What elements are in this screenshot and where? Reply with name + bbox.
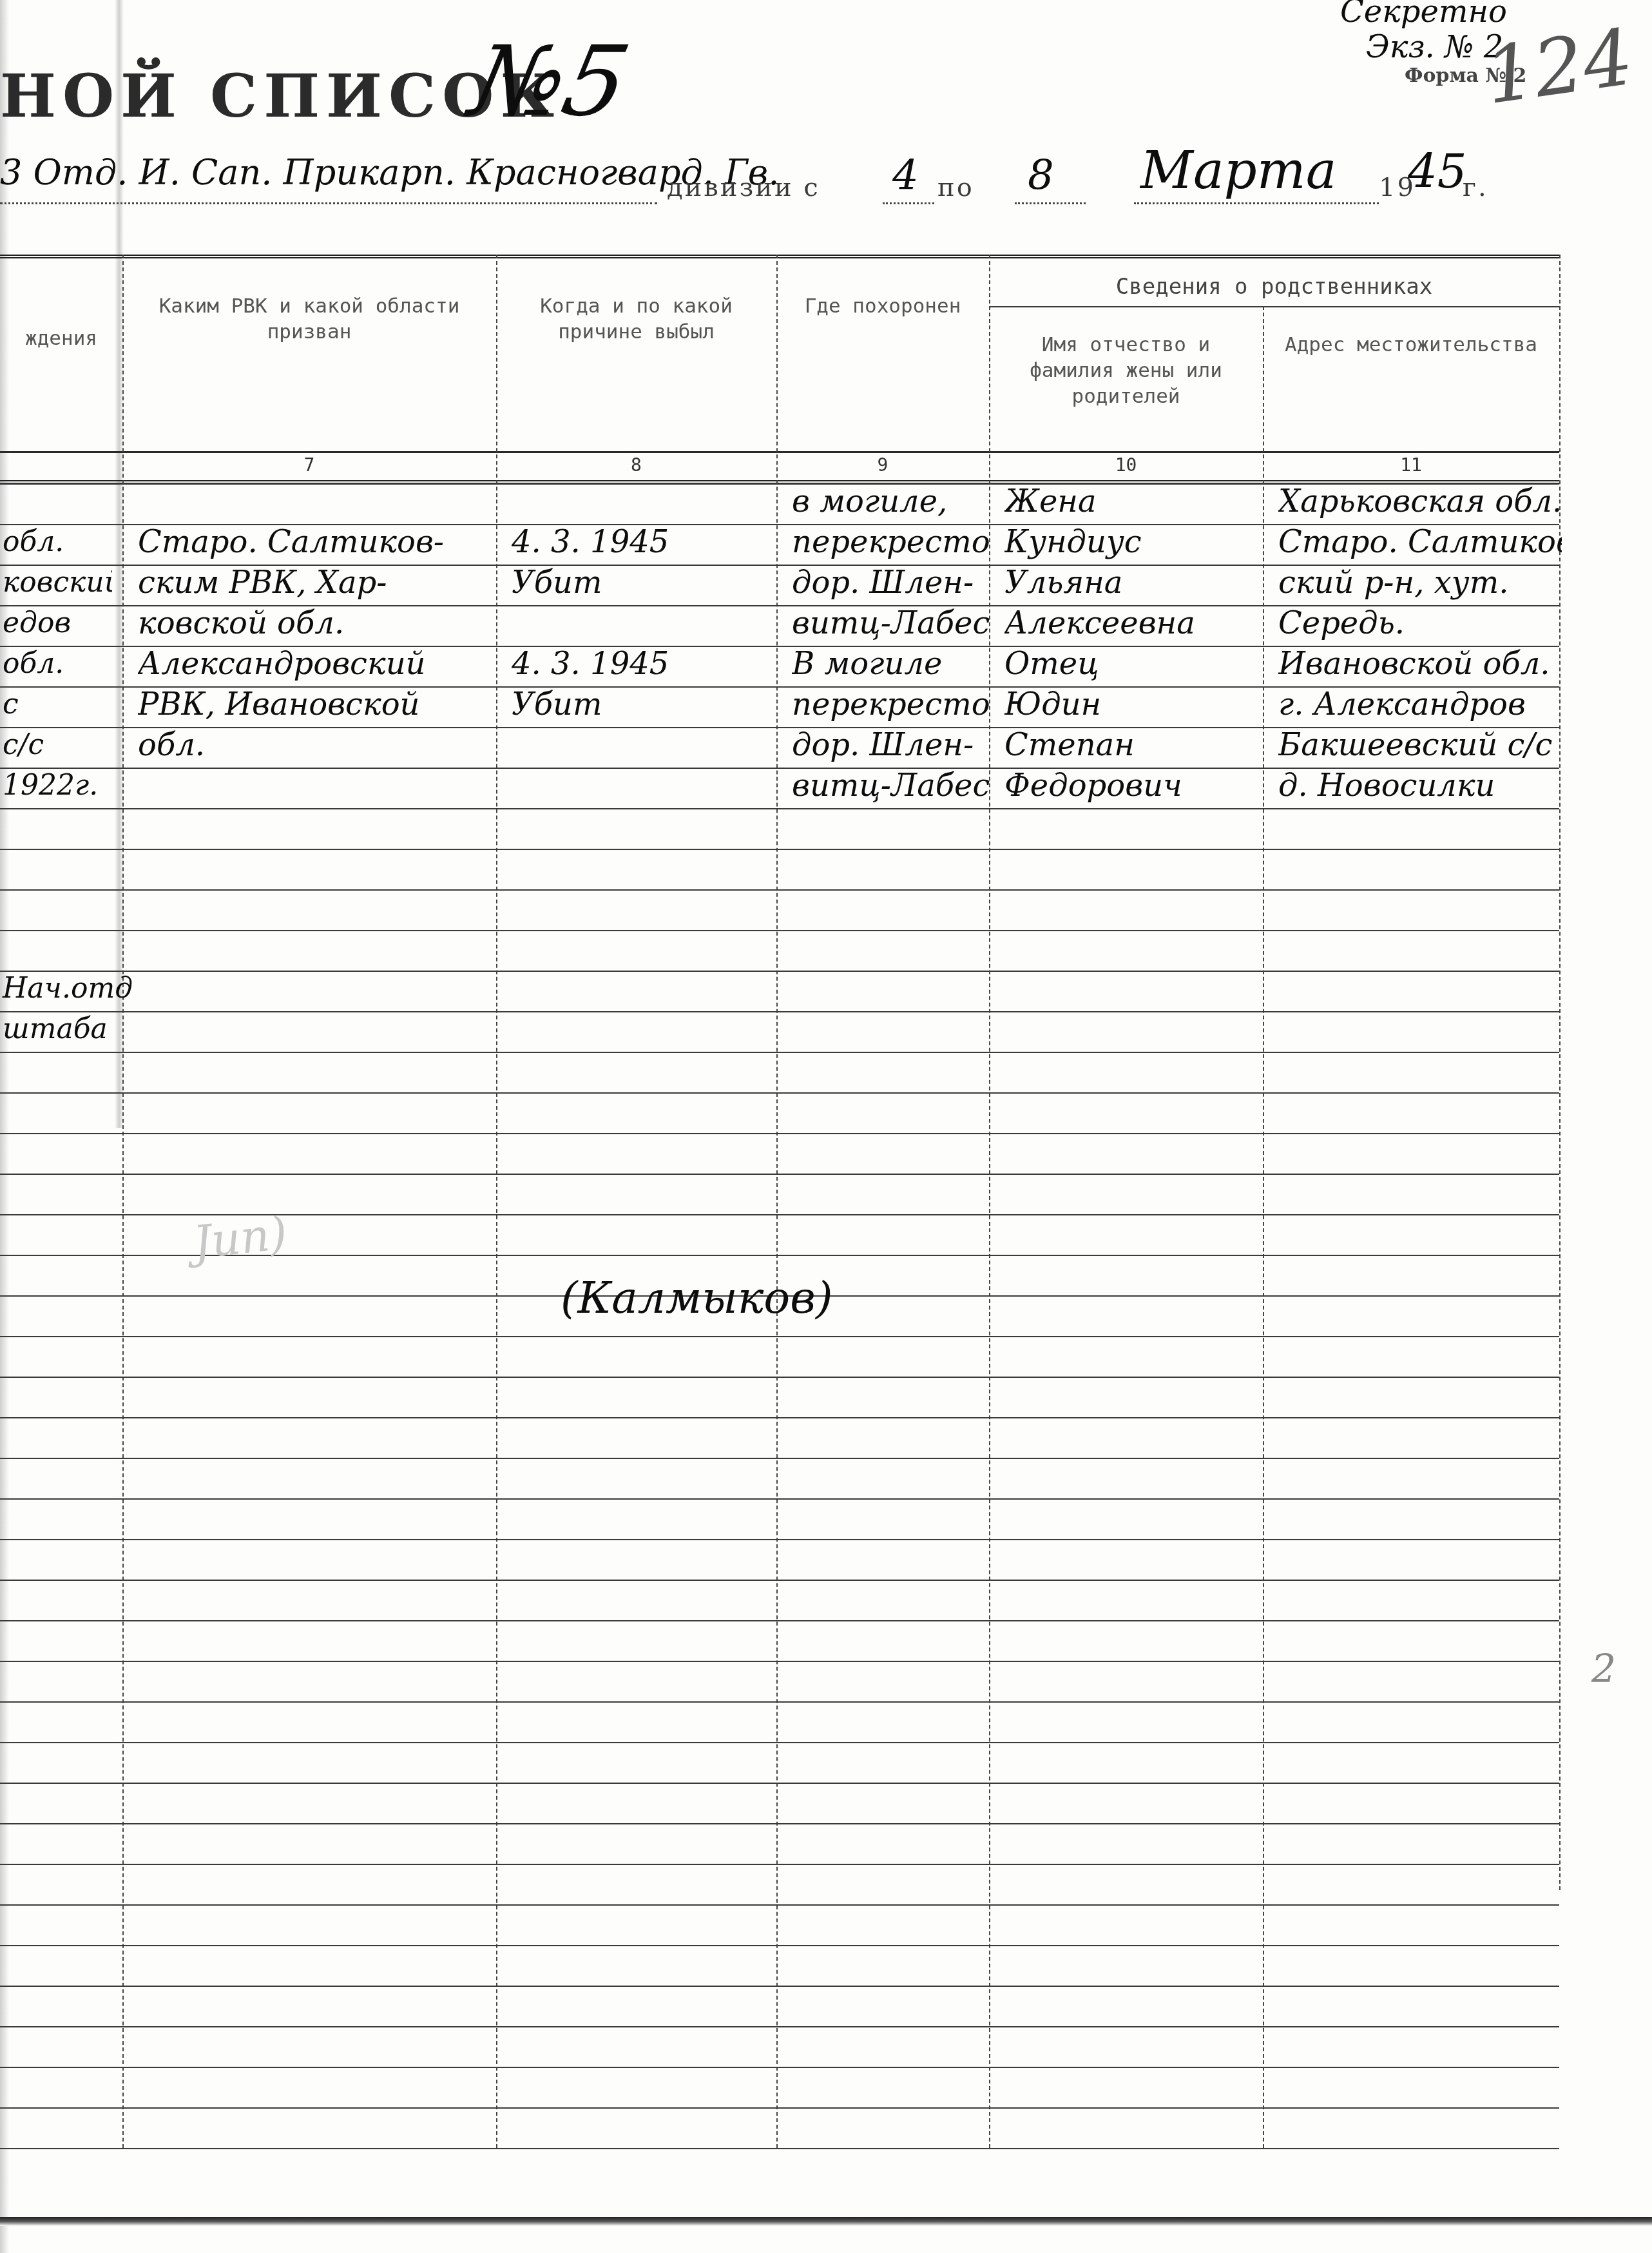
column-header: Каким РВК и какой области призван <box>122 293 496 345</box>
record-cell: перекресток <box>792 523 992 561</box>
row-line <box>0 1011 1559 1012</box>
row-line <box>0 1580 1559 1581</box>
column-number: 11 <box>1263 454 1559 476</box>
relatives-group-border <box>989 306 1559 307</box>
record-cell: витц-Лабес <box>792 766 990 805</box>
record-cell: ковский <box>3 563 112 602</box>
record-cell: едов <box>3 604 71 643</box>
row-line <box>0 2107 1559 2109</box>
row-line <box>0 1701 1559 1703</box>
record-cell: Жена <box>1004 482 1097 521</box>
column-divider <box>1263 306 1264 2148</box>
document-page: НОЙ СПИСОК №5 Секретно Экз. № 2 Форма № … <box>0 0 1652 2253</box>
row-line <box>0 971 1559 972</box>
row-line <box>0 1945 1559 1946</box>
signature: (Калмыков) <box>561 1273 832 1324</box>
record-cell: Юдин <box>1004 685 1101 724</box>
date-from: 4 <box>892 152 919 200</box>
row-line <box>0 2148 1559 2149</box>
division-label: дивизии с <box>667 173 820 202</box>
record-cell: с <box>3 685 19 724</box>
scan-bottom-edge <box>0 2217 1652 2226</box>
column-header: Имя отчество и фамилия жены или родителе… <box>989 332 1263 409</box>
row-line <box>0 1620 1559 1621</box>
record-cell: витц-Лабес <box>792 604 990 643</box>
record-cell: с/с <box>3 726 44 764</box>
header-bottom-border <box>0 451 1559 453</box>
record-cell: 1922г. <box>3 766 98 805</box>
record-cell: в могиле, <box>792 482 947 521</box>
footer-label: Нач.отд <box>3 969 133 1008</box>
row-line <box>0 1336 1559 1337</box>
record-cell: ский р-н, хут. <box>1278 563 1508 602</box>
record-cell: Алексеевна <box>1004 604 1195 643</box>
casualty-table: Сведения о родственникахжденияКаким РВК … <box>0 255 1559 2156</box>
row-line <box>0 2026 1559 2027</box>
record-cell: дор. Шлен- <box>792 726 974 764</box>
record-cell: Бакшеевский с/с <box>1278 726 1552 764</box>
record-cell: Харьковская обл. <box>1278 482 1562 521</box>
row-line <box>0 1458 1559 1459</box>
column-number: 8 <box>496 454 776 476</box>
record-cell: Ивановской обл. <box>1278 644 1550 683</box>
row-line <box>0 1986 1559 1987</box>
row-line <box>0 1661 1559 1662</box>
list-number: №5 <box>462 26 639 138</box>
row-line <box>0 1904 1559 1906</box>
record-cell: РВК, Ивановской <box>138 685 419 724</box>
record-cell: Старо. Салтиков- <box>1278 523 1562 561</box>
record-cell: Отец <box>1004 644 1099 683</box>
footer-label: штаба <box>3 1010 108 1049</box>
row-line <box>0 1174 1559 1175</box>
row-line <box>0 889 1559 891</box>
column-header: ждения <box>0 325 122 351</box>
relatives-group-header: Сведения о родственниках <box>989 274 1559 300</box>
subtitle-line: 3 Отд. И. Сап. Прикарп. Красногвард. Гв.… <box>0 147 1501 211</box>
year-end: г. <box>1463 173 1488 202</box>
row-line <box>0 808 1559 809</box>
record-cell: Убит <box>512 685 602 724</box>
record-cell: Убит <box>512 563 602 602</box>
margin-mark: 2 <box>1591 1647 1616 1692</box>
row-line <box>0 1539 1559 1540</box>
row-line <box>0 1864 1559 1865</box>
row-line <box>0 1092 1559 1094</box>
column-header: Где похоронен <box>776 293 989 319</box>
record-cell: Кундиус <box>1004 523 1142 561</box>
record-cell: Ульяна <box>1004 563 1122 602</box>
year-suffix: 45 <box>1408 144 1467 198</box>
row-line <box>0 1377 1559 1378</box>
corner-marks: Секретно Экз. № 2 Форма № 2 124 <box>1340 0 1643 168</box>
row-line <box>0 2067 1559 2068</box>
header-top-border <box>0 255 1559 258</box>
record-cell: обл. <box>3 644 64 683</box>
month: Марта <box>1140 140 1336 200</box>
record-cell: обл. <box>3 523 64 561</box>
unit-name: 3 Отд. И. Сап. Прикарп. Красногвард. Гв. <box>0 152 779 193</box>
record-cell: Середь. <box>1278 604 1405 643</box>
column-header: Адрес местожительства <box>1263 332 1559 358</box>
record-cell: дор. Шлен- <box>792 563 974 602</box>
row-line <box>0 1133 1559 1134</box>
record-cell: г. Александров <box>1278 685 1526 724</box>
record-cell: д. Новосилки <box>1278 766 1495 805</box>
column-number: 10 <box>989 454 1263 476</box>
column-header: Когда и по какой причине выбыл <box>496 293 776 345</box>
row-line <box>0 930 1559 931</box>
record-cell: 4. 3. 1945 <box>512 644 669 683</box>
secret-mark: Секретно <box>1340 0 1507 30</box>
record-cell: Старо. Салтиков- <box>138 523 444 561</box>
date-to: 8 <box>1028 152 1054 200</box>
record-cell: В могиле <box>792 644 942 683</box>
column-number: 9 <box>776 454 989 476</box>
record-cell: 4. 3. 1945 <box>512 523 669 561</box>
column-number: 7 <box>122 454 496 476</box>
record-cell: Степан <box>1004 726 1135 764</box>
row-line <box>0 1783 1559 1784</box>
row-line <box>0 1742 1559 1743</box>
row-line <box>0 1417 1559 1418</box>
record-cell: ковской обл. <box>138 604 344 643</box>
po-label: по <box>937 173 974 202</box>
faded-stamp: Jun) <box>191 1207 289 1270</box>
row-line <box>0 849 1559 850</box>
row-line <box>0 1498 1559 1500</box>
record-cell: ским РВК, Хар- <box>138 563 387 602</box>
record-cell: Александровский <box>138 644 425 683</box>
record-cell: Федорович <box>1004 766 1182 805</box>
row-line <box>0 1052 1559 1053</box>
record-cell: перекресток <box>792 685 992 724</box>
record-cell: обл. <box>138 726 205 764</box>
row-line <box>0 1823 1559 1824</box>
